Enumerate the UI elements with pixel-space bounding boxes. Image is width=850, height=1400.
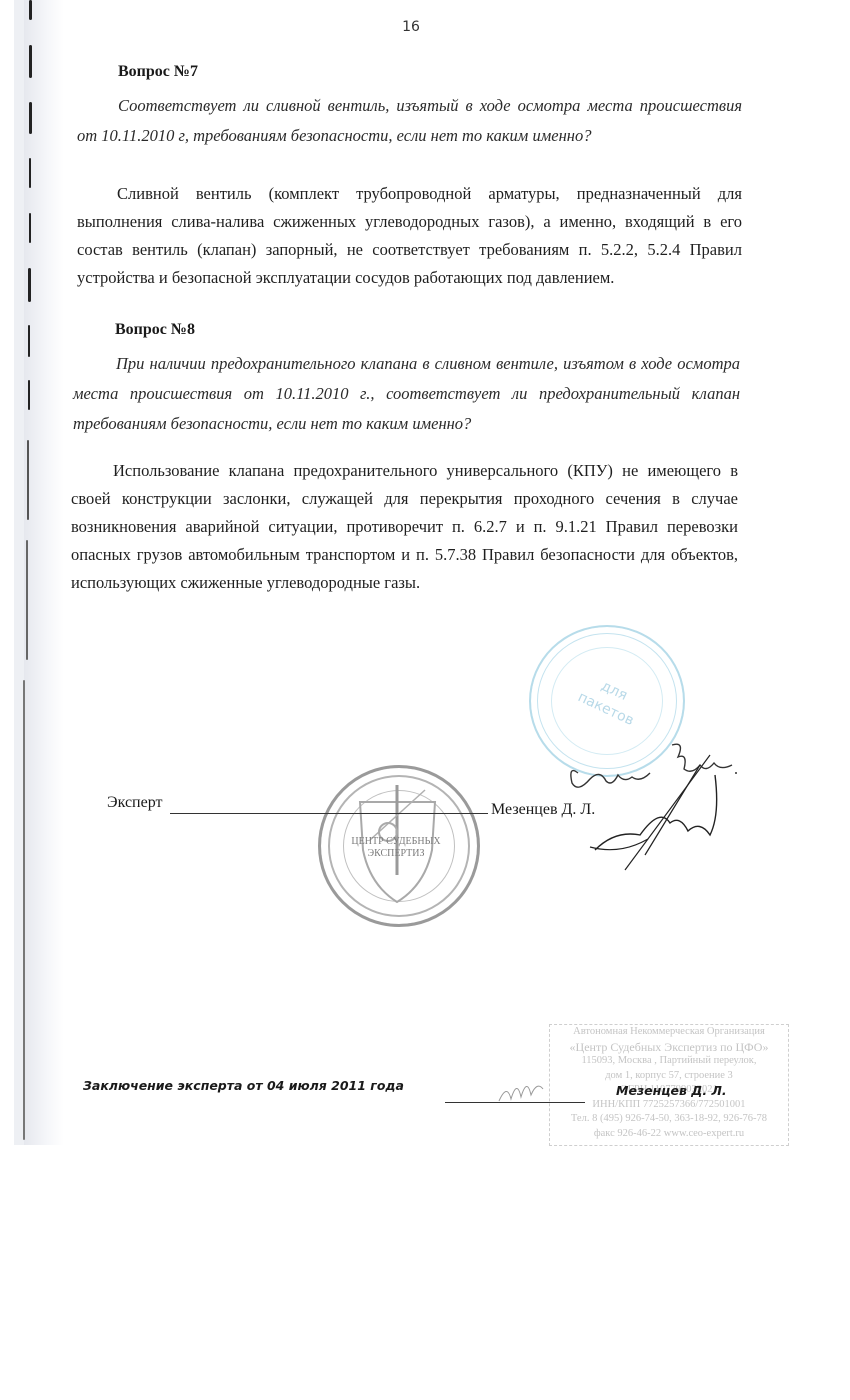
text-line: возникновения аварийной ситуации, против… xyxy=(71,513,738,541)
text-line: от 10.11.2010 г, требованиям безопасност… xyxy=(77,121,742,151)
text-line: Сливной вентиль (комплект трубопроводной… xyxy=(77,180,742,208)
text-line: выполнения слива-налива сжиженных углево… xyxy=(77,208,742,236)
stamp-text: факс 926-46-22 www.ceo-expert.ru xyxy=(550,1127,788,1142)
stamp-text: дом 1, корпус 57, строение 3 xyxy=(550,1069,788,1084)
question-7-text: Соответствует ли сливной вентиль, изъяты… xyxy=(77,91,742,151)
grey-stamp-center-text: ЦЕНТР СУДЕБНЫХ ЭКСПЕРТИЗ xyxy=(340,836,452,860)
conclusion-date: Заключение эксперта от 04 июля 2011 года xyxy=(83,1078,404,1093)
stamp-text: ЭКСПЕРТИЗ xyxy=(340,848,452,860)
binding-stitch xyxy=(23,680,25,1140)
text-line: Соответствует ли сливной вентиль, изъяты… xyxy=(77,91,742,121)
expert-label: Эксперт xyxy=(107,794,162,812)
question-8-heading: Вопрос №8 xyxy=(115,321,195,339)
binding-stitch xyxy=(29,213,31,243)
binding-stitch xyxy=(29,102,32,134)
stamp-text: 115093, Москва , Партийный переулок, xyxy=(550,1054,788,1069)
handwritten-copy-note-icon xyxy=(560,735,750,875)
text-line: При наличии предохранительного клапана в… xyxy=(73,349,740,379)
text-line: устройства и безопасной эксплуатации сос… xyxy=(77,264,742,292)
binding-stitch xyxy=(27,440,29,520)
text-line: опасных грузов автомобильным транспортом… xyxy=(71,541,738,569)
answer-8-text: Использование клапана предохранительного… xyxy=(71,457,738,597)
question-7-heading: Вопрос №7 xyxy=(118,63,198,81)
answer-7-text: Сливной вентиль (комплект трубопроводной… xyxy=(77,180,742,292)
stamp-text: Автономная Некоммерческая Организация xyxy=(550,1025,788,1040)
binding-stitch xyxy=(29,0,32,20)
text-line: использующих сжиженные углеводородные га… xyxy=(71,569,738,597)
signature-rule xyxy=(170,813,488,814)
text-line: Использование клапана предохранительного… xyxy=(71,457,738,485)
binding-stitch xyxy=(26,540,28,660)
stamp-text: ЦЕНТР СУДЕБНЫХ xyxy=(340,836,452,848)
binding-stitch xyxy=(28,380,30,410)
stamp-text: «Центр Судебных Экспертиз по ЦФО» xyxy=(550,1040,788,1055)
binding-stitch xyxy=(28,325,30,357)
footer-expert-name: Мезенцев Д. Л. xyxy=(616,1083,727,1098)
binding-stitch xyxy=(28,268,31,302)
page-number: 16 xyxy=(0,19,822,35)
question-8-text: При наличии предохранительного клапана в… xyxy=(73,349,740,439)
stamp-text: ИНН/КПП 7725257366/772501001 xyxy=(550,1098,788,1113)
text-line: своей конструкции заслонки, служащей для… xyxy=(71,485,738,513)
stamp-text: Тел. 8 (495) 926-74-50, 363-18-92, 926-7… xyxy=(550,1112,788,1127)
binding-stitch xyxy=(29,45,32,78)
text-line: места происшествия от 10.11.2010 г., соо… xyxy=(73,379,740,409)
binding-stitch xyxy=(29,158,31,188)
footer-signature-icon xyxy=(495,1075,555,1105)
text-line: требованиям безопасности, если нет то ка… xyxy=(73,409,740,439)
text-line: состав вентиль (клапан) запорный, не соо… xyxy=(77,236,742,264)
